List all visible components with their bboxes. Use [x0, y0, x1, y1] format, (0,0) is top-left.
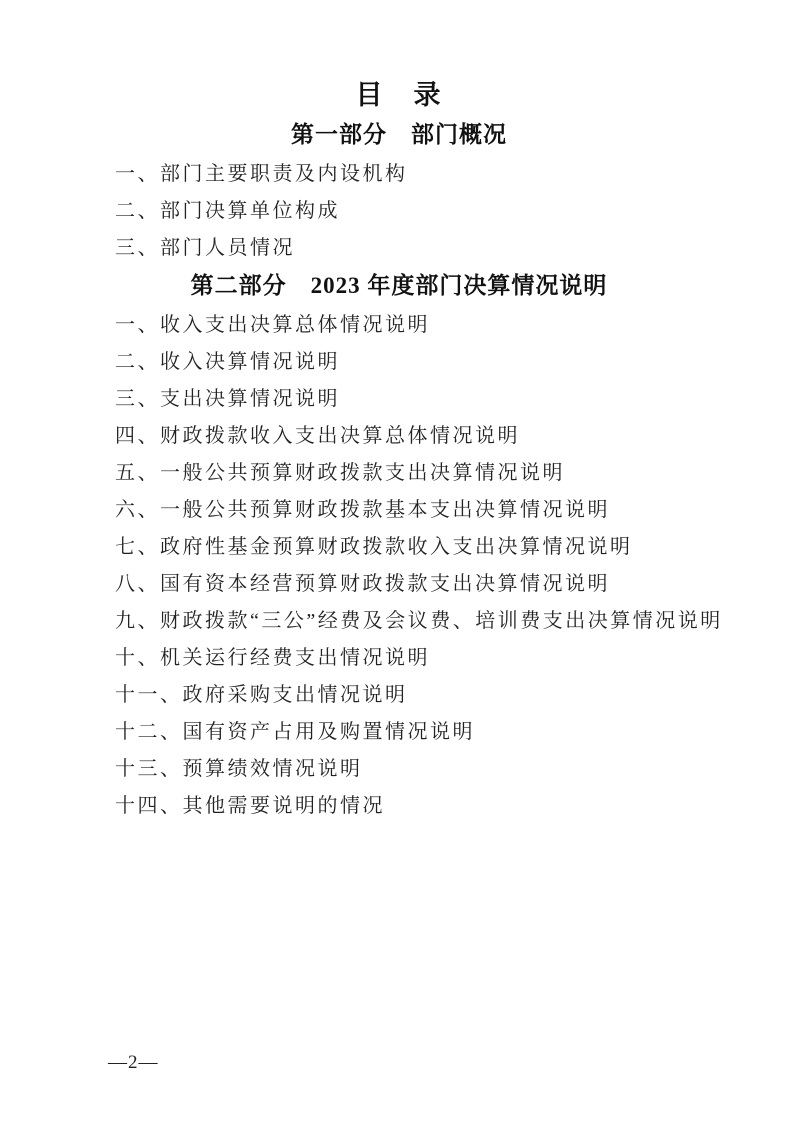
section-heading-part2: 第二部分 2023 年度部门决算情况说明: [115, 271, 683, 301]
toc-item: 一、收入支出决算总体情况说明: [115, 307, 683, 344]
toc-item: 五、一般公共预算财政拨款支出决算情况说明: [115, 455, 683, 492]
toc-item: 九、财政拨款“三公”经费及会议费、培训费支出决算情况说明: [115, 603, 683, 640]
page-title: 目 录: [115, 80, 683, 110]
toc-item: 一、部门主要职责及内设机构: [115, 156, 683, 193]
toc-item: 三、支出决算情况说明: [115, 381, 683, 418]
toc-item: 二、收入决算情况说明: [115, 344, 683, 381]
toc-item: 十二、国有资产占用及购置情况说明: [115, 714, 683, 751]
toc-list-part2: 一、收入支出决算总体情况说明 二、收入决算情况说明 三、支出决算情况说明 四、财…: [115, 307, 683, 825]
toc-item: 十、机关运行经费支出情况说明: [115, 640, 683, 677]
toc-item: 三、部门人员情况: [115, 230, 683, 267]
page-number: —2—: [108, 1052, 159, 1074]
section-heading-part1: 第一部分 部门概况: [115, 120, 683, 150]
toc-item: 十三、预算绩效情况说明: [115, 751, 683, 788]
toc-item: 八、国有资本经营预算财政拨款支出决算情况说明: [115, 566, 683, 603]
toc-item: 二、部门决算单位构成: [115, 193, 683, 230]
toc-content: 目 录 第一部分 部门概况 一、部门主要职责及内设机构 二、部门决算单位构成 三…: [0, 0, 793, 825]
toc-item: 十一、政府采购支出情况说明: [115, 677, 683, 714]
toc-item: 七、政府性基金预算财政拨款收入支出决算情况说明: [115, 529, 683, 566]
toc-list-part1: 一、部门主要职责及内设机构 二、部门决算单位构成 三、部门人员情况: [115, 156, 683, 267]
document-page: 目 录 第一部分 部门概况 一、部门主要职责及内设机构 二、部门决算单位构成 三…: [0, 0, 793, 1122]
toc-item: 十四、其他需要说明的情况: [115, 788, 683, 825]
toc-item: 六、一般公共预算财政拨款基本支出决算情况说明: [115, 492, 683, 529]
toc-item: 四、财政拨款收入支出决算总体情况说明: [115, 418, 683, 455]
